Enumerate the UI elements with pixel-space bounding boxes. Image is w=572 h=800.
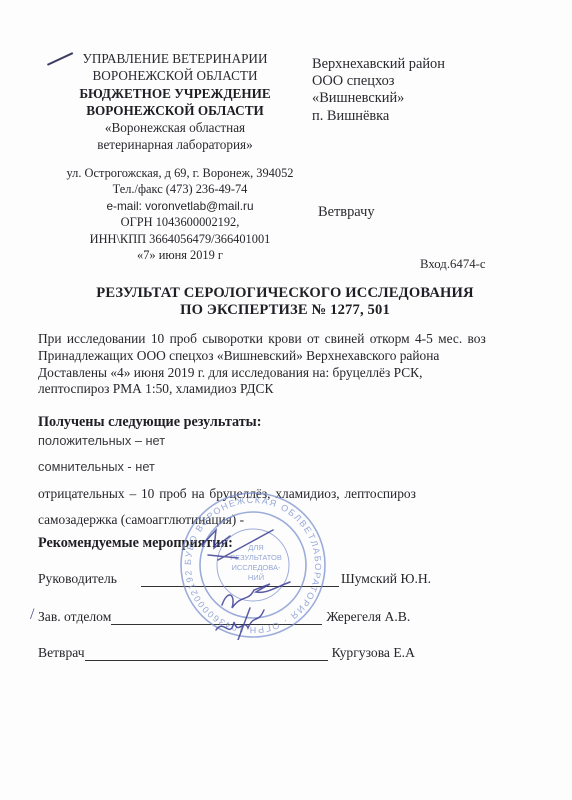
signature-row-vet: Ветврач Кургузова Е.А <box>38 645 415 661</box>
signature-role: Зав. отделом <box>38 609 111 625</box>
signature-name: Кургузова Е.А <box>332 645 415 661</box>
organization-address: ул. Острогожская, д 69, г. Воронеж, 3940… <box>40 165 320 263</box>
signature-name: Жерегеля А.В. <box>326 609 410 625</box>
recipient-line: «Вишневский» <box>312 90 445 107</box>
title-line: ПО ЭКСПЕРТИЗЕ № 1277, 501 <box>40 302 530 319</box>
official-stamp-icon: БУВО ВОРОНЕЖСКАЯ ОБЛВЕТЛАБОРАТОРИЯ · ОГР… <box>178 490 328 640</box>
address-phone: Тел./факс (473) 236-49-74 <box>40 181 320 197</box>
body-line: лептоспироз РМА 1:50, хламидиоз РДСК <box>38 381 572 398</box>
header-line: ВОРОНЕЖСКОЙ ОБЛАСТИ <box>40 102 310 119</box>
scan-artifact-slash: / <box>30 606 34 624</box>
document-title: РЕЗУЛЬТАТ СЕРОЛОГИЧЕСКОГО ИССЛЕДОВАНИЯ П… <box>40 285 530 319</box>
svg-text:ДЛЯ: ДЛЯ <box>248 543 263 552</box>
header-line: ветеринарная лаборатория» <box>40 136 310 153</box>
address-street: ул. Острогожская, д 69, г. Воронеж, 3940… <box>40 165 320 181</box>
organization-header: УПРАВЛЕНИЕ ВЕТЕРИНАРИИ ВОРОНЕЖСКОЙ ОБЛАС… <box>40 50 310 154</box>
title-line: РЕЗУЛЬТАТ СЕРОЛОГИЧЕСКОГО ИССЛЕДОВАНИЯ <box>40 285 530 302</box>
results-heading: Получены следующие результаты: <box>38 414 261 431</box>
recipient-line: ООО спецхоз <box>312 73 445 90</box>
recipient-block: Верхнехавский район ООО спецхоз «Вишневс… <box>312 56 445 125</box>
body-line: Доставлены «4» июня 2019 г. для исследов… <box>38 365 572 382</box>
recipient-to: Ветврачу <box>318 204 375 221</box>
address-ogrn: ОГРН 1043600002192, <box>40 214 320 230</box>
study-description: При исследовании 10 проб сыворотки крови… <box>38 331 572 398</box>
result-doubtful: сомнительных - нет <box>38 459 155 474</box>
recipient-line: Верхнехавский район <box>312 56 445 73</box>
body-line: Принадлежащих ООО спецхоз «Вишневский» В… <box>38 348 572 365</box>
signature-name: Шумский Ю.Н. <box>341 571 431 587</box>
signature-role: Руководитель <box>38 571 117 587</box>
inbound-number: Вход.6474-с <box>420 257 486 272</box>
signature-role: Ветврач <box>38 645 85 661</box>
result-positive: положительных – нет <box>38 433 165 448</box>
svg-text:НИЙ: НИЙ <box>248 573 264 582</box>
recipient-line: п. Вишнёвка <box>312 108 445 125</box>
address-inn: ИНН\КПП 3664056479/366401001 <box>40 231 320 247</box>
header-line: ВОРОНЕЖСКОЙ ОБЛАСТИ <box>40 67 310 84</box>
header-line: «Воронежская областная <box>40 119 310 136</box>
svg-text:ИССЛЕДОВА-: ИССЛЕДОВА- <box>231 563 281 572</box>
header-line: УПРАВЛЕНИЕ ВЕТЕРИНАРИИ <box>40 50 310 67</box>
signature-line <box>85 648 328 661</box>
address-email: e-mail: voronvetlab@mail.ru <box>40 198 320 214</box>
header-line: БЮДЖЕТНОЕ УЧРЕЖДЕНИЕ <box>40 85 310 102</box>
document-date: «7» июня 2019 г <box>40 247 320 263</box>
body-line: При исследовании 10 проб сыворотки крови… <box>38 331 572 348</box>
